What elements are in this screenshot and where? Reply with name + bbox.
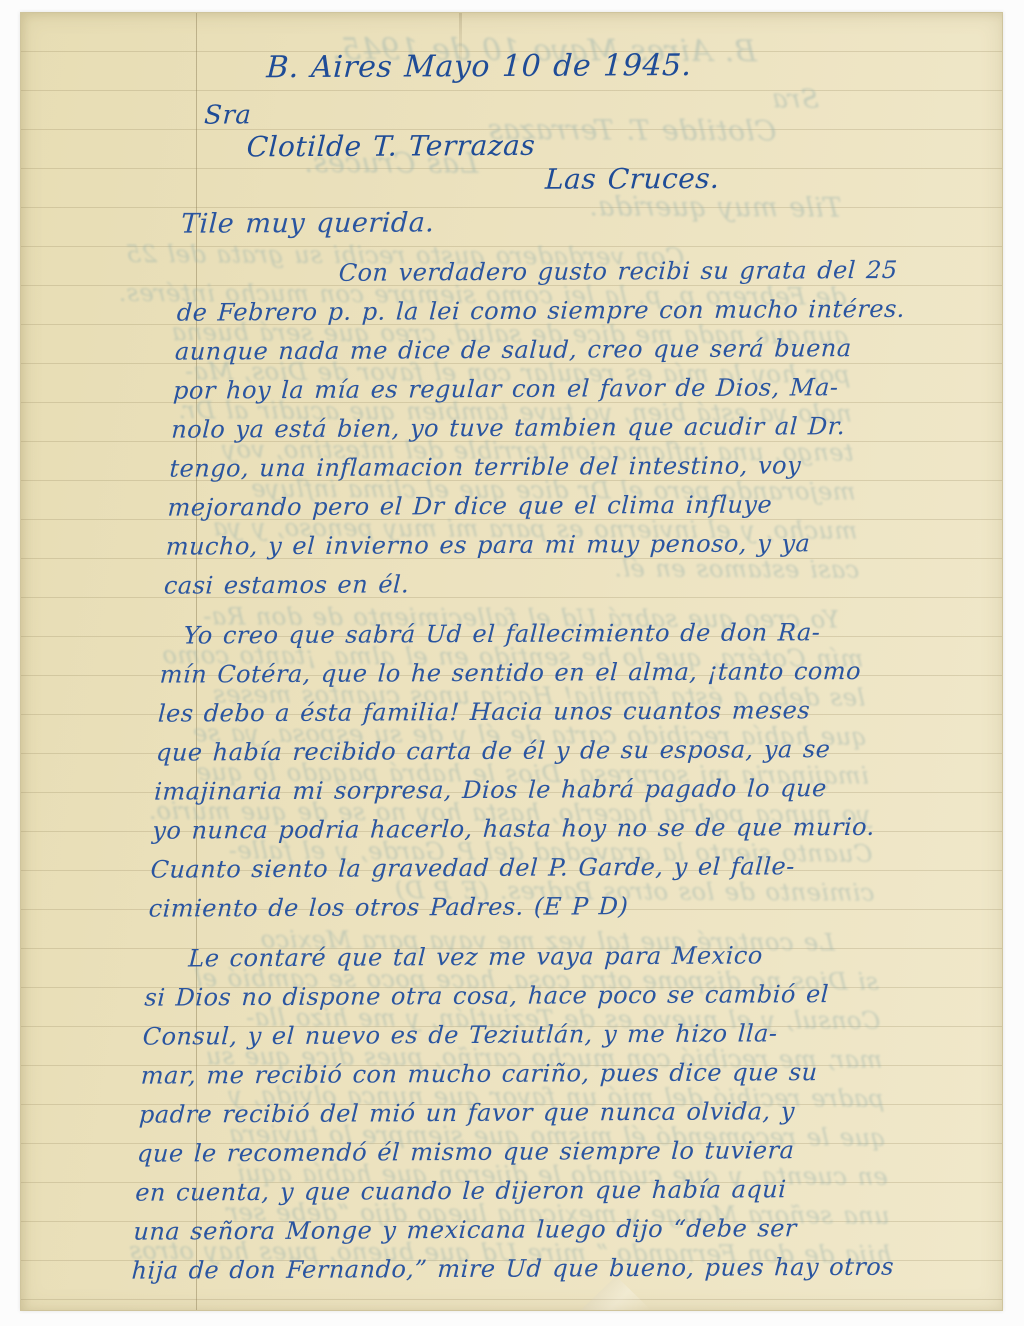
paragraph: Con verdadero gusto recibi su grata del … — [163, 250, 980, 605]
handwritten-line: que había recibido carta de él y de su e… — [155, 729, 957, 772]
handwritten-line: aunque nada me dice de salud, creo que s… — [174, 328, 976, 371]
letter-page: B. Aires Mayo 10 de 1945. Sra Clotilde T… — [20, 12, 1003, 1311]
handwritten-line: imajinaria mi sorpresa, Dios le habrá pa… — [153, 768, 955, 811]
handwritten-line: casi estamos en él. — [163, 562, 965, 605]
handwritten-line: mar, me recibió con mucho cariño, pues d… — [140, 1052, 942, 1095]
handwritten-line: padre recibió del mió un favor que nunca… — [138, 1091, 940, 1134]
handwritten-line: Consul, y el nuevo es de Teziutlán, y me… — [142, 1013, 944, 1056]
handwritten-line: cimiento de los otros Padres. (E P D) — [148, 885, 950, 928]
crease-mark-top — [459, 13, 462, 77]
handwritten-line: tengo, una inflamacion terrible del inte… — [169, 445, 971, 488]
handwritten-line: una señora Monge y mexicana luego dijo “… — [133, 1208, 935, 1251]
handwritten-line: Con verdadero gusto recibi su grata del … — [178, 250, 980, 293]
paragraph: Yo creo que sabrá Ud el fallecimiento de… — [148, 612, 963, 928]
recipient-title: Sra — [203, 100, 252, 130]
handwritten-line: por hoy la mía es regular con el favor d… — [172, 367, 974, 410]
handwritten-line: nolo ya está bien, yo tuve tambien que a… — [170, 406, 972, 449]
letter-body: Con verdadero gusto recibi su grata del … — [131, 250, 980, 1290]
handwritten-line: de Febrero p. p. la lei como siempre con… — [176, 289, 978, 332]
handwritten-line: mín Cotéra, que lo he sentido en el alma… — [159, 651, 961, 694]
handwritten-line: mucho, y el invierno es para mi muy peno… — [165, 523, 967, 566]
handwritten-line: les debo a ésta familia! Hacia unos cuan… — [157, 690, 959, 733]
recipient-place: Las Cruces. — [544, 162, 720, 196]
handwritten-line: mejorando pero el Dr dice que el clima i… — [167, 484, 969, 527]
handwritten-line: hija de don Fernando,” mire Ud que bueno… — [131, 1247, 933, 1290]
handwritten-line: Cuanto siento la gravedad del P. Garde, … — [150, 846, 952, 889]
handwritten-line: si Dios no dispone otra cosa, hace poco … — [144, 974, 946, 1017]
recipient-name: Clotilde T. Terrazas — [246, 129, 536, 164]
scan-background: B. Aires Mayo 10 de 1945. Sra Clotilde T… — [0, 0, 1024, 1326]
handwritten-line: en cuenta, y que cuando le dijeron que h… — [134, 1169, 936, 1212]
handwritten-line: Yo creo que sabrá Ud el fallecimiento de… — [161, 612, 963, 655]
date-line: B. Aires Mayo 10 de 1945. — [266, 48, 693, 85]
salutation: Tile muy querida. — [180, 207, 435, 239]
handwriting-layer: B. Aires Mayo 10 de 1945. Sra Clotilde T… — [0, 10, 1002, 1312]
handwritten-line: yo nunca podria hacerlo, hasta hoy no se… — [151, 807, 953, 850]
paragraph: Le contaré que tal vez me vaya para Mexi… — [131, 935, 948, 1290]
handwritten-line: Le contaré que tal vez me vaya para Mexi… — [145, 935, 947, 978]
handwritten-line: que le recomendó él mismo que siempre lo… — [136, 1130, 938, 1173]
